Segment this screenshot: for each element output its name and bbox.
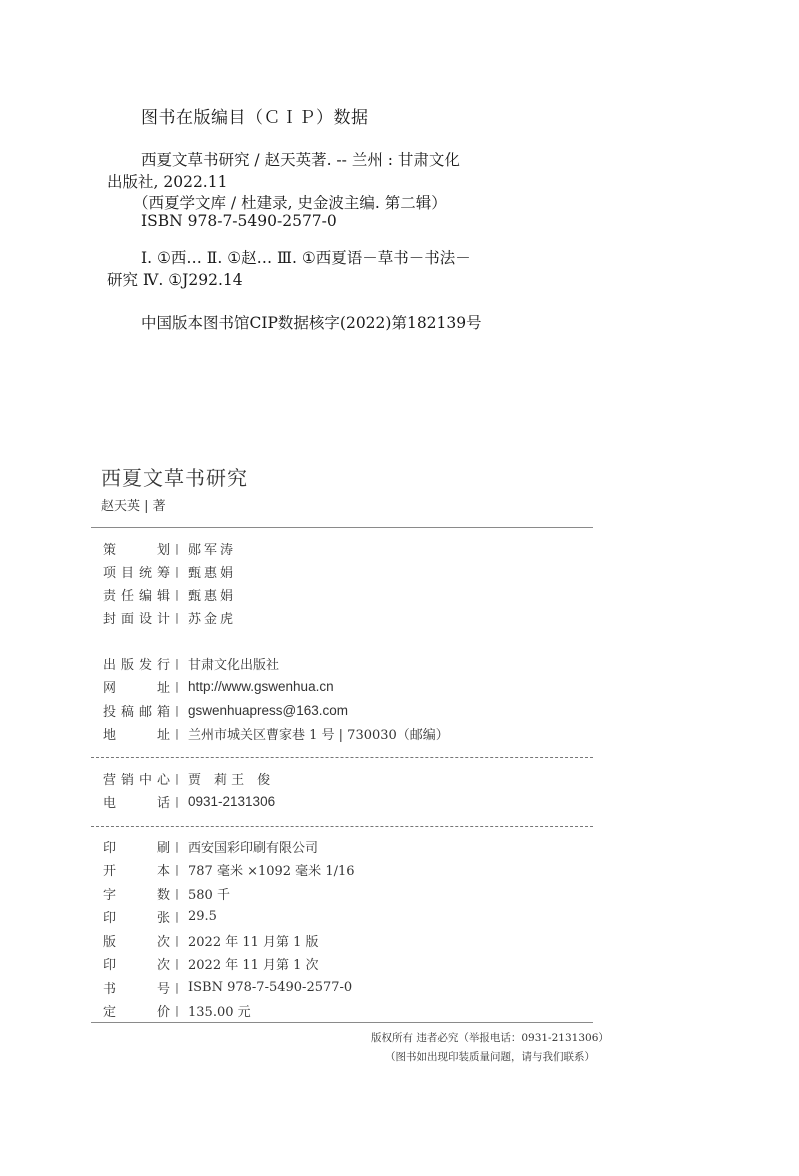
book-author: 赵天英 | 著 (101, 495, 166, 514)
cip-series-line: （西夏学文库 / 杜建录, 史金波主编. 第二辑） (133, 191, 447, 213)
row-label: 印张 (103, 907, 170, 926)
row-label: 地址 (103, 724, 170, 743)
colophon-row-publisher: 出版发行|甘肃文化出版社 (103, 653, 279, 673)
row-separator: | (170, 704, 184, 717)
colophon-row-specs: 定价|135.00 元 (103, 1001, 251, 1021)
row-value: 西安国彩印刷有限公司 (184, 837, 318, 856)
row-label: 印次 (103, 954, 170, 973)
row-label: 印刷 (103, 837, 170, 856)
row-label: 封面设计 (103, 608, 170, 627)
row-value: 29.5 (184, 909, 217, 924)
row-value: 郧军涛 (184, 539, 236, 558)
colophon-row-editorial: 封面设计|苏金虎 (103, 607, 236, 627)
colophon-row-marketing: 电话|0931-2131306 (103, 791, 275, 811)
copyright-notice: 版权所有 违者必究（举报电话：0931-2131306） (371, 1030, 609, 1045)
row-value: 兰州市城关区曹家巷 1 号 | 730030（邮编） (184, 724, 449, 743)
row-separator: | (170, 934, 184, 947)
row-separator: | (170, 588, 184, 601)
row-value: 贾 莉 王 俊 (184, 769, 270, 788)
row-label: 策划 (103, 539, 170, 558)
row-label: 字数 (103, 884, 170, 903)
row-value: ISBN 978-7-5490-2577-0 (184, 980, 352, 995)
row-separator: | (170, 981, 184, 994)
row-separator: | (170, 910, 184, 923)
row-separator: | (170, 565, 184, 578)
colophon-row-editorial: 策划|郧军涛 (103, 538, 236, 558)
colophon-row-specs: 字数|580 千 (103, 883, 230, 903)
row-separator: | (170, 795, 184, 808)
row-label: 项目统筹 (103, 562, 170, 581)
colophon-row-marketing: 营销中心|贾 莉 王 俊 (103, 768, 270, 788)
row-value: 135.00 元 (184, 1001, 251, 1020)
row-separator: | (170, 887, 184, 900)
row-label: 出版发行 (103, 654, 170, 673)
row-label: 营销中心 (103, 769, 170, 788)
row-value: 2022 年 11 月第 1 版 (184, 931, 319, 950)
row-value[interactable]: gswenhuapress@163.com (184, 703, 348, 718)
cip-isbn-line: ISBN 978-7-5490-2577-0 (141, 212, 337, 230)
row-label: 书号 (103, 978, 170, 997)
colophon-row-specs: 印刷|西安国彩印刷有限公司 (103, 836, 318, 856)
row-value: 甄惠娟 (184, 562, 236, 581)
colophon-row-specs: 印张|29.5 (103, 907, 217, 927)
row-label: 开本 (103, 860, 170, 879)
row-separator: | (170, 680, 184, 693)
colophon-row-editorial: 责任编辑|甄惠娟 (103, 584, 236, 604)
cip-record-number: 中国版本图书馆CIP数据核字(2022)第182139号 (141, 311, 482, 333)
row-separator: | (170, 772, 184, 785)
colophon-row-specs: 书号|ISBN 978-7-5490-2577-0 (103, 977, 352, 997)
row-separator: | (170, 957, 184, 970)
row-separator: | (170, 611, 184, 624)
cip-publisher-line: 出版社, 2022.11 (107, 170, 227, 192)
row-separator: | (170, 727, 184, 740)
row-label: 定价 (103, 1001, 170, 1020)
row-value: 甘肃文化出版社 (184, 654, 279, 673)
row-value: 2022 年 11 月第 1 次 (184, 954, 319, 973)
dashed-divider-2 (91, 826, 593, 827)
dashed-divider-1 (91, 757, 593, 758)
colophon-row-editorial: 项目统筹|甄惠娟 (103, 561, 236, 581)
quality-notice: （图书如出现印装质量问题，请与我们联系） (385, 1049, 595, 1064)
colophon-row-specs: 开本|787 毫米 ×1092 毫米 1/16 (103, 860, 355, 880)
row-value: 甄惠娟 (184, 585, 236, 604)
row-separator: | (170, 542, 184, 555)
row-separator: | (170, 863, 184, 876)
colophon-row-specs: 版次|2022 年 11 月第 1 版 (103, 930, 319, 950)
book-title: 西夏文草书研究 (101, 462, 248, 491)
colophon-row-publisher: 投稿邮箱|gswenhuapress@163.com (103, 700, 348, 720)
row-value: 0931-2131306 (184, 794, 275, 809)
colophon-row-publisher: 地址|兰州市城关区曹家巷 1 号 | 730030（邮编） (103, 724, 449, 744)
divider-top (91, 527, 593, 528)
cip-classification-line-1: Ⅰ. ①西… Ⅱ. ①赵… Ⅲ. ①西夏语－草书－书法－ (141, 246, 471, 268)
row-separator: | (170, 1004, 184, 1017)
row-label: 电话 (103, 792, 170, 811)
cip-classification-line-2: 研究 Ⅳ. ①J292.14 (107, 268, 243, 290)
colophon-row-specs: 印次|2022 年 11 月第 1 次 (103, 954, 319, 974)
cip-title-line: 西夏文草书研究 / 赵天英著. -- 兰州 : 甘肃文化 (141, 148, 460, 170)
row-label: 投稿邮箱 (103, 701, 170, 720)
row-value[interactable]: http://www.gswenhua.cn (184, 679, 334, 694)
cip-heading: 图书在版编目（ＣＩＰ）数据 (141, 103, 369, 128)
row-separator: | (170, 657, 184, 670)
row-value: 苏金虎 (184, 608, 236, 627)
divider-bottom (91, 1022, 593, 1023)
row-separator: | (170, 840, 184, 853)
colophon-row-publisher: 网址|http://www.gswenhua.cn (103, 677, 334, 697)
row-label: 版次 (103, 931, 170, 950)
row-label: 责任编辑 (103, 585, 170, 604)
row-value: 787 毫米 ×1092 毫米 1/16 (184, 860, 355, 879)
row-value: 580 千 (184, 884, 230, 903)
row-label: 网址 (103, 677, 170, 696)
